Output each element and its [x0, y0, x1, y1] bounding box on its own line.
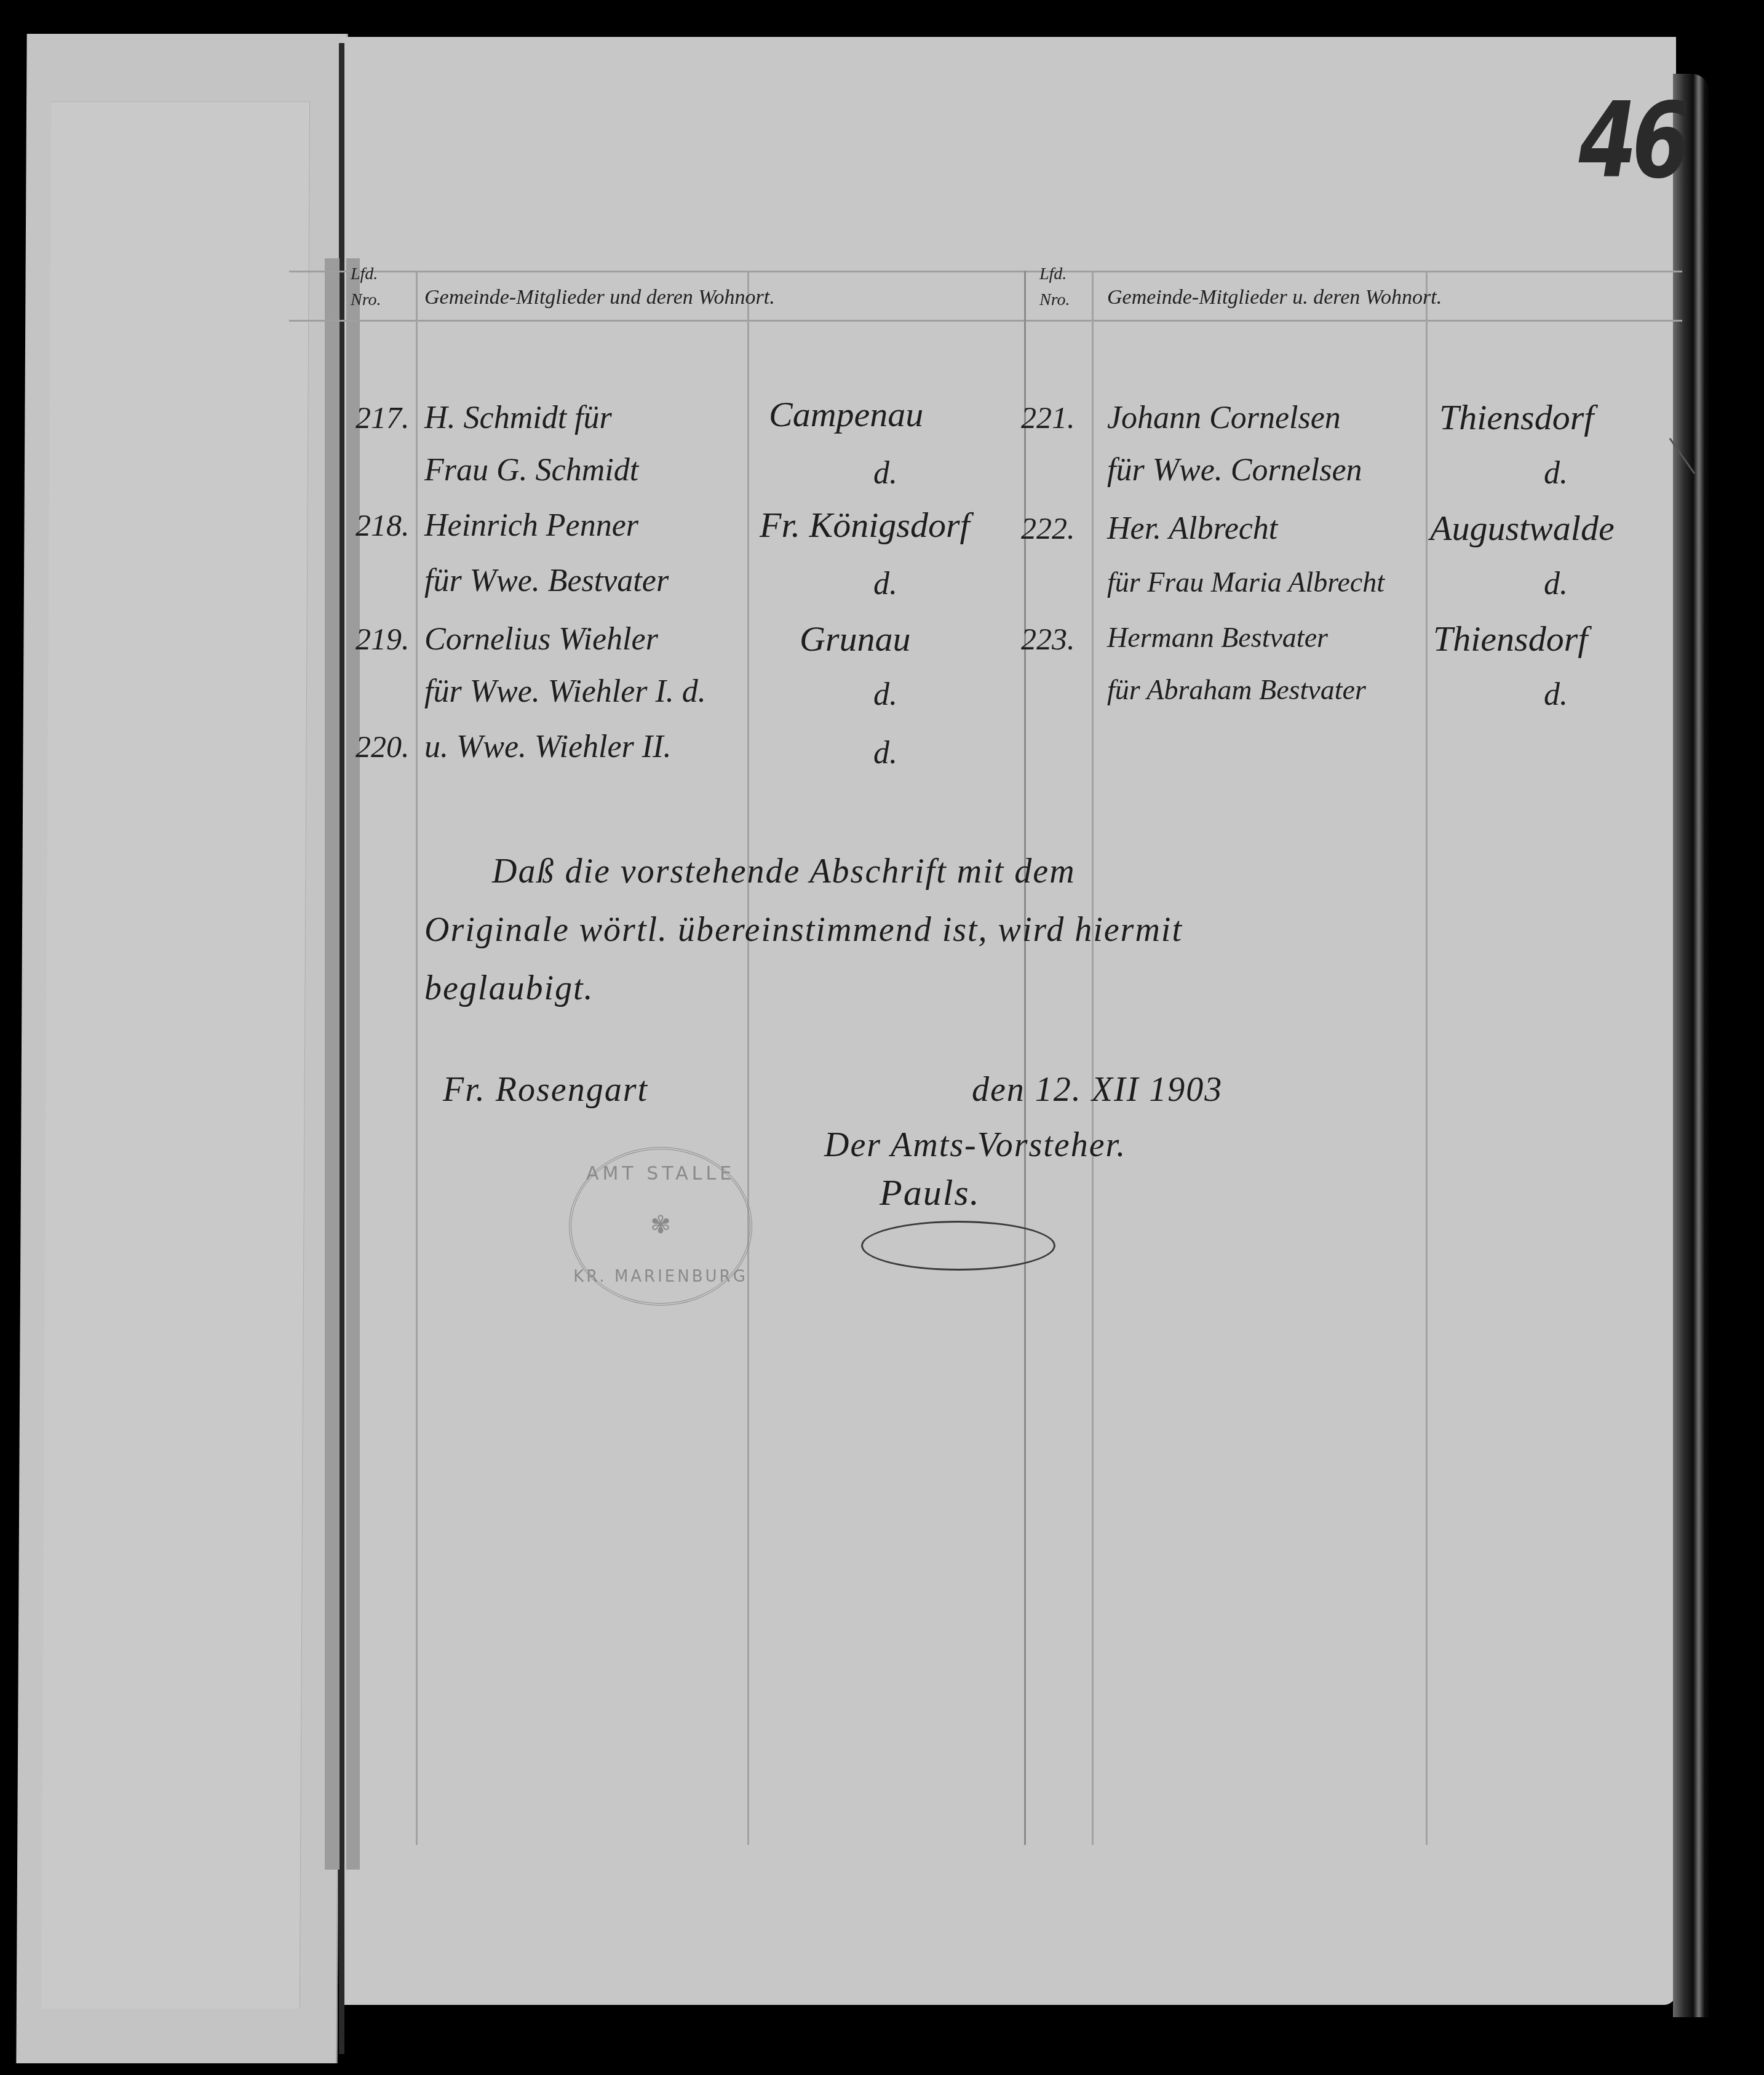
stamp-bottom-text: KR. MARIENBURG: [571, 1268, 750, 1286]
binding-strip-left: [325, 258, 340, 1870]
header-members-left: Gemeinde-Mitglieder und deren Wohnort.: [424, 286, 775, 309]
certification-line-1: Daß die vorstehende Abschrift mit dem: [492, 852, 1076, 891]
row-place: d.: [873, 455, 897, 491]
row-name: Frau G. Schmidt: [424, 452, 638, 488]
row-name: für Abraham Bestvater: [1107, 673, 1366, 706]
row-place: Campenau: [769, 394, 923, 435]
row-name: u. Wwe. Wiehler II.: [424, 729, 671, 765]
row-nr: 223.: [1021, 621, 1075, 657]
certification-office: Der Amts-Vorsteher.: [824, 1125, 1126, 1165]
row-place: d.: [1544, 566, 1568, 602]
row-name: für Wwe. Wiehler I. d.: [424, 673, 706, 710]
row-name: H. Schmidt für: [424, 400, 612, 436]
header-nr-right: Lfd. Nro.: [1039, 261, 1089, 313]
row-place: d.: [1544, 676, 1568, 713]
signature-flourish: [861, 1221, 1055, 1271]
binding-strip-right: [346, 258, 360, 1870]
row-name: für Wwe. Bestvater: [424, 563, 669, 599]
row-nr: 217.: [356, 400, 410, 435]
page-stack-edge: [1673, 74, 1710, 2017]
stamp-emblem-icon: ✾: [571, 1211, 750, 1239]
signature: Pauls.: [880, 1172, 980, 1214]
row-place: d.: [873, 735, 897, 771]
row-place: Grunau: [800, 618, 910, 659]
left-page-inner-sheet: [41, 101, 310, 2009]
ledger-page: [341, 37, 1676, 2005]
row-nr: 222.: [1021, 510, 1075, 546]
row-place: Thiensdorf: [1439, 397, 1594, 438]
row-nr: 221.: [1021, 400, 1075, 435]
book-spine: [339, 43, 344, 2054]
row-name: Hermann Bestvater: [1107, 621, 1328, 654]
header-bottom-rule: [289, 320, 1682, 322]
row-place: Thiensdorf: [1433, 618, 1587, 659]
row-name: für Frau Maria Albrecht: [1107, 566, 1385, 598]
column-rule-divider: [1024, 271, 1026, 1845]
official-stamp: AMT STALLE ✾ KR. MARIENBURG: [569, 1147, 752, 1306]
certification-line-3: beglaubigt.: [424, 969, 594, 1008]
row-nr: 220.: [356, 729, 410, 764]
certification-place: Fr. Rosengart: [443, 1070, 648, 1109]
row-nr: 218.: [356, 507, 410, 543]
certification-date: den 12. XII 1903: [972, 1070, 1223, 1109]
certification-line-2: Originale wörtl. übereinstimmend ist, wi…: [424, 910, 1183, 950]
row-name: Her. Albrecht: [1107, 510, 1277, 547]
row-place: Fr. Königsdorf: [760, 504, 970, 546]
left-page-leaf: [16, 34, 348, 2063]
row-place: d.: [873, 676, 897, 713]
row-place: d.: [873, 566, 897, 602]
stamp-top-text: AMT STALLE: [571, 1163, 750, 1184]
row-name: Heinrich Penner: [424, 507, 638, 544]
column-rule-place-left: [747, 271, 749, 1845]
row-name: Cornelius Wiehler: [424, 621, 658, 657]
row-nr: 219.: [356, 621, 410, 657]
row-place: d.: [1544, 455, 1568, 491]
row-place: Augustwalde: [1430, 507, 1615, 549]
row-name: Johann Cornelsen: [1107, 400, 1341, 436]
folio-number: 46: [1579, 80, 1685, 202]
header-top-rule: [289, 271, 1682, 272]
column-rule-place-right: [1426, 271, 1428, 1845]
header-members-right: Gemeinde-Mitglieder u. deren Wohnort.: [1107, 286, 1442, 309]
column-rule-nr-right: [1092, 271, 1094, 1845]
header-nr-left: Lfd. Nro.: [351, 261, 412, 313]
column-rule-nr-left: [416, 271, 418, 1845]
row-name: für Wwe. Cornelsen: [1107, 452, 1362, 488]
